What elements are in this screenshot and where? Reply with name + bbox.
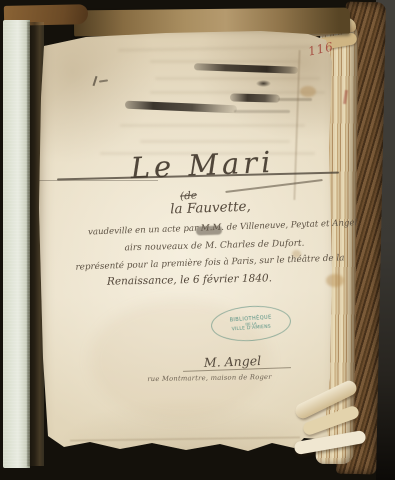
title-strikethrough-line <box>38 180 158 181</box>
foxing-stain <box>300 86 316 97</box>
ink-smear-tail <box>278 98 312 101</box>
bleedthrough-streak <box>155 77 320 80</box>
facing-page-edge <box>3 20 30 468</box>
manuscript-scan: 116 Le Mari (de la Fauvette, vaudeville … <box>0 0 395 480</box>
ink-smear <box>230 93 280 102</box>
bleedthrough-streak <box>120 124 305 127</box>
ink-smear-tail <box>234 110 290 113</box>
foxing-stain <box>326 274 344 287</box>
stamp-text-line: VILLE D'AMIENS <box>232 325 272 333</box>
ink-blot <box>256 80 271 87</box>
bleedthrough-streak <box>150 60 300 63</box>
bleedthrough-streak <box>140 140 290 143</box>
